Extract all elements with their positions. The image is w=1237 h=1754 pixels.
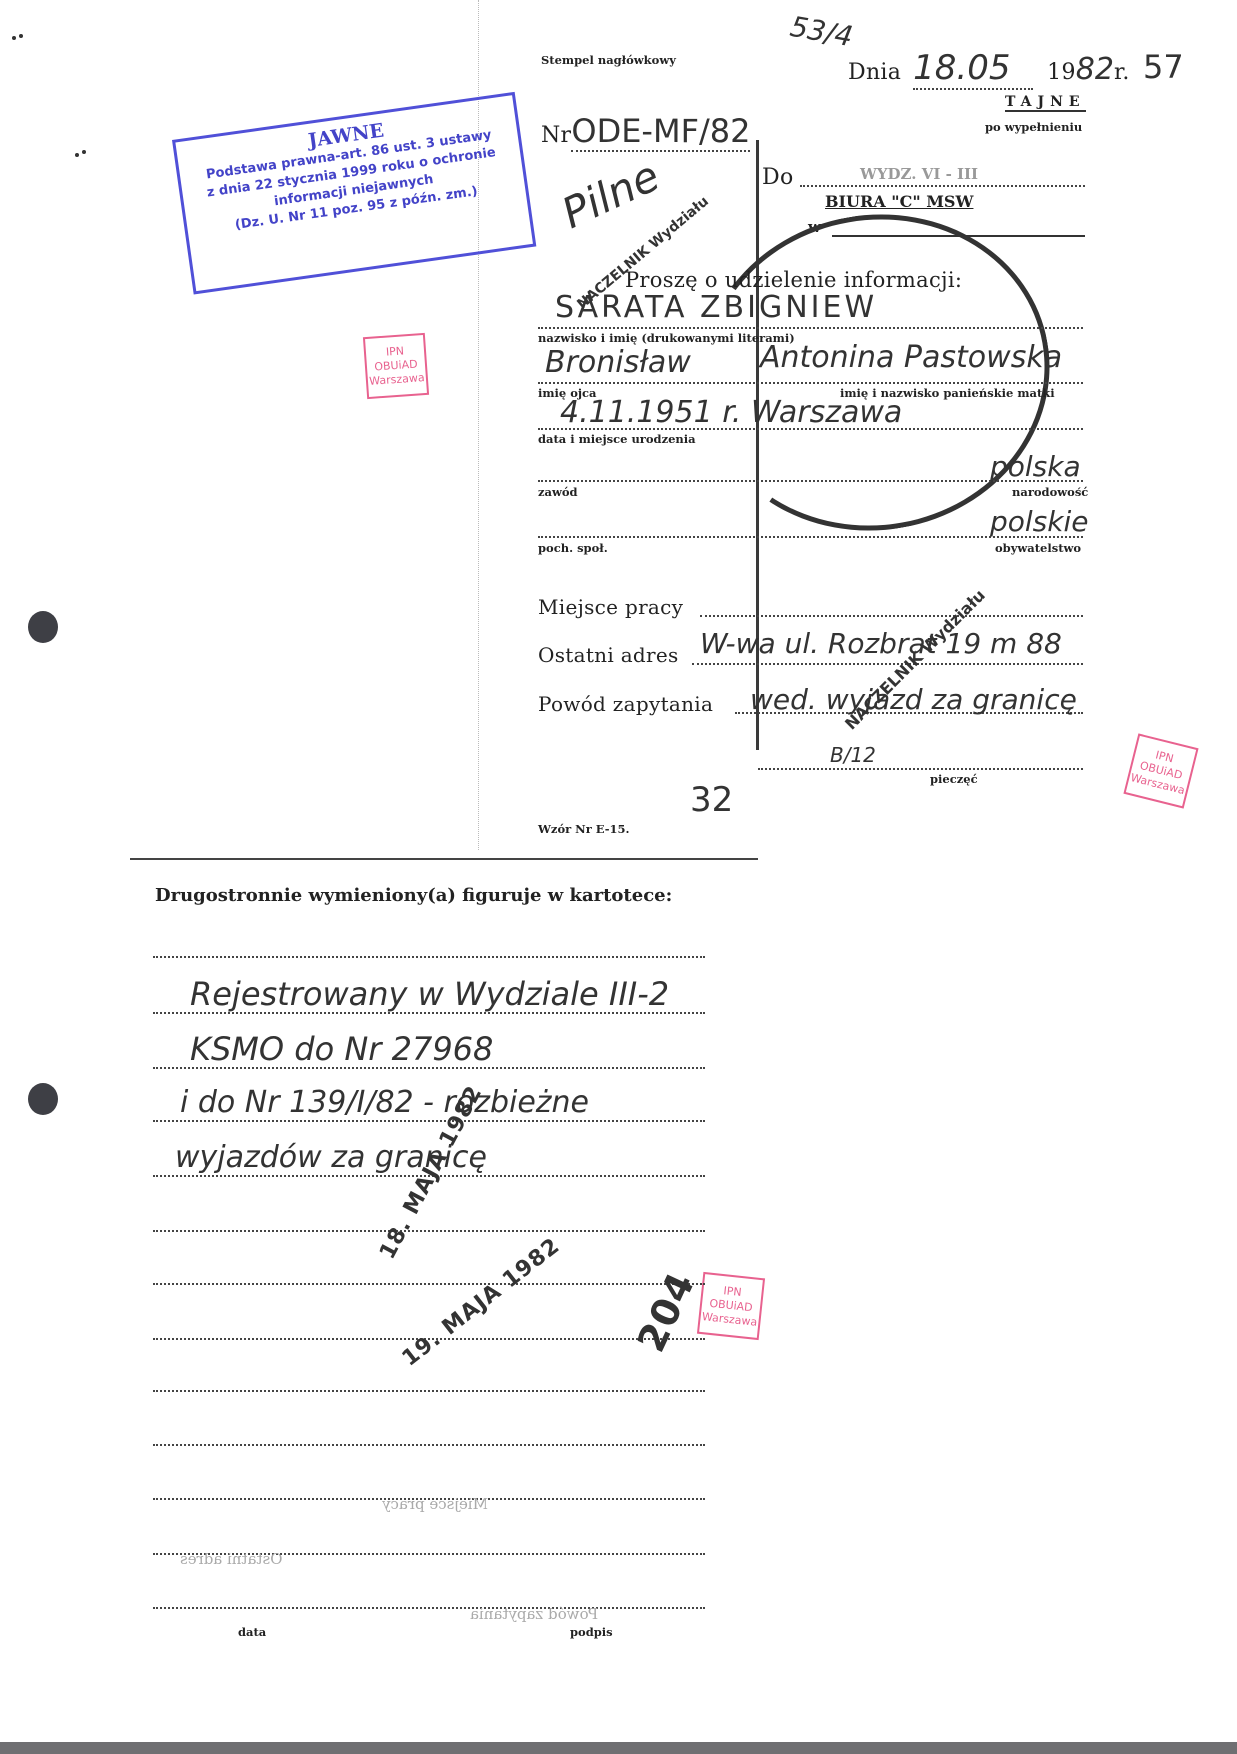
kartoteka-entry-line: Rejestrowany w Wydziale III-2 (190, 975, 669, 1013)
punch-hole (28, 611, 58, 643)
field-line (538, 428, 1083, 430)
year-prefix: 19 (1047, 60, 1076, 85)
nationality-value: polska (990, 450, 1081, 483)
citizenship-label: obywatelstwo (995, 541, 1081, 555)
ipn-archive-stamp: IPN OBUiAD Warszawa (1123, 733, 1198, 808)
bleed-through-text: Ostatni adres (180, 1550, 283, 1568)
to-label: Do (762, 165, 793, 190)
ruled-line (153, 1444, 705, 1446)
ruled-line (153, 1390, 705, 1392)
folio-mark: 53/4 (788, 10, 856, 53)
ruled-line (153, 1283, 705, 1285)
scan-speck (82, 150, 86, 154)
kartoteka-entry-line: KSMO do Nr 27968 (190, 1030, 493, 1068)
nr-label: Nr (541, 123, 571, 148)
header-stamp-label: Stempel nagłówkowy (541, 53, 676, 67)
surname-name-value: SARATA ZBIGNIEW (555, 290, 877, 325)
ipn-archive-stamp: IPN OBUiAD Warszawa (697, 1272, 765, 1340)
date-value: 18.05 (913, 48, 1033, 90)
social-origin-label: poch. społ. (538, 541, 608, 555)
reference-number: 204 (629, 1265, 704, 1358)
surname-name-label: nazwisko i imię (drukowanymi literami) (538, 331, 795, 345)
kartoteka-heading: Drugostronnie wymieniony(a) figuruje w k… (155, 885, 672, 906)
page-number: 57 (1143, 48, 1184, 86)
kartoteka-top-edge (130, 858, 758, 860)
date-field-label: data (238, 1625, 266, 1639)
to-line (800, 185, 1085, 187)
scan-speck (75, 153, 79, 157)
date-stamp: 19. MAJA 1982 (398, 1233, 565, 1371)
field-line (538, 382, 1083, 384)
scan-speck (12, 36, 16, 40)
kartoteka-entry-line: i do Nr 139/I/82 - rozbieżne (180, 1085, 589, 1120)
to-value: WYDZ. VI - III (860, 165, 978, 183)
work-place-line (700, 615, 1083, 617)
mother-name-value: Antonina Pastowska (760, 340, 1062, 375)
form-number: Wzór Nr E-15. (538, 822, 630, 836)
reason-label: Powód zapytania (538, 692, 713, 716)
ruled-line (153, 1230, 705, 1232)
field-line (538, 327, 1083, 329)
nr-value: ODE-MF/82 (571, 112, 750, 152)
classification-note: po wypełnieniu (985, 120, 1082, 134)
birth-label: data i miejsce urodzenia (538, 432, 696, 446)
year-suffix: r. (1114, 60, 1130, 85)
last-address-line (692, 663, 1083, 665)
handwritten-number: 32 (690, 780, 733, 820)
scan-speck (19, 34, 23, 38)
signature-mark: B/12 (830, 743, 876, 767)
classification-label: TAJNE (1005, 94, 1086, 112)
occupation-label: zawód (538, 485, 578, 499)
punch-hole (28, 1083, 58, 1115)
ruled-line (153, 956, 705, 958)
request-heading: Proszę o udzielenie informacji: (625, 268, 962, 292)
scan-bottom-edge (0, 1742, 1237, 1754)
stamp-line: Warszawa (368, 371, 427, 389)
father-name-value: Bronisław (545, 345, 691, 380)
last-address-value: W-wa ul. Rozbrat 19 m 88 (700, 627, 1062, 660)
work-place-label: Miejsce pracy (538, 595, 683, 619)
bleed-through-text: Miejsce pracy (382, 1495, 488, 1513)
last-address-label: Ostatni adres (538, 643, 679, 667)
nr-row: Nr ODE-MF/82 (541, 112, 750, 152)
ruled-line (153, 1607, 705, 1609)
ipn-archive-stamp: IPN OBUiAD Warszawa (363, 333, 429, 399)
nationality-label: narodowość (1012, 485, 1088, 499)
ruled-line (153, 1120, 705, 1122)
citizenship-value: polskie (990, 505, 1089, 538)
date-label: Dnia (848, 60, 901, 85)
date-row: Dnia 18.05 19 82 r. (848, 48, 1130, 90)
birth-value: 4.11.1951 r. Warszawa (560, 395, 902, 430)
reason-value: wed. wyjazd za granicę (750, 683, 1077, 716)
bureau-label: BIURA "C" MSW (825, 192, 973, 211)
signature-line (758, 768, 1083, 770)
seal-label: pieczęć (930, 772, 978, 786)
handwritten-urgent-note: Pilne (554, 151, 666, 238)
bleed-through-text: Powód zapytania (470, 1605, 598, 1623)
year-value: 82 (1076, 52, 1114, 87)
signature-field-label: podpis (570, 1625, 613, 1639)
